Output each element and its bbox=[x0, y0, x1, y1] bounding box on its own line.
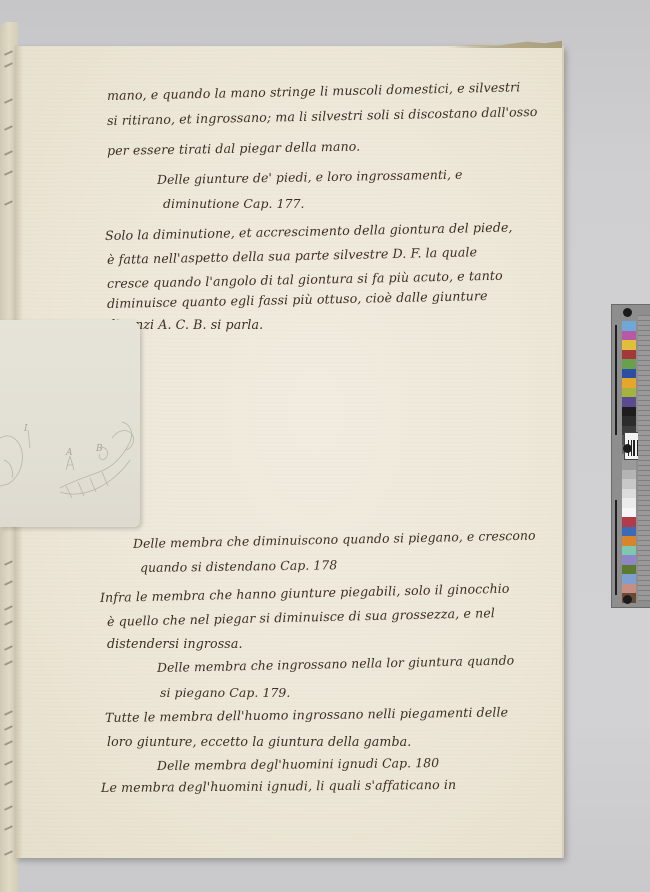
color-swatch bbox=[622, 536, 636, 546]
target-ruler bbox=[615, 500, 617, 595]
color-swatch bbox=[622, 321, 636, 331]
text-line: diminuisce quanto egli fassi più ottuso,… bbox=[107, 288, 488, 311]
color-swatch bbox=[622, 546, 636, 556]
chapter-heading-177-cont: diminutione Cap. 177. bbox=[163, 196, 305, 211]
foot-bones-sketch bbox=[0, 320, 140, 527]
color-swatch bbox=[622, 574, 636, 584]
target-hole-bottom bbox=[623, 595, 632, 604]
target-label-column bbox=[638, 315, 650, 601]
text-line: Le membra degl'huomini ignudi, li quali … bbox=[101, 777, 456, 795]
color-swatch bbox=[622, 517, 636, 527]
color-swatch bbox=[622, 369, 636, 379]
color-swatch bbox=[622, 527, 636, 537]
color-swatch bbox=[622, 508, 636, 518]
text-line: cresce quando l'angolo di tal giontura s… bbox=[107, 268, 503, 291]
color-swatch bbox=[622, 397, 636, 407]
sketch-label: B bbox=[96, 444, 103, 454]
text-line: loro giunture, eccetto la giuntura della… bbox=[107, 734, 411, 749]
color-swatch bbox=[622, 378, 636, 388]
text-line: è quello che nel piegar si diminuisce di… bbox=[107, 605, 495, 629]
swatch-column-bottom bbox=[622, 460, 636, 603]
chapter-heading-179: Delle membra che ingrossano nella lor gi… bbox=[157, 653, 515, 675]
color-swatch bbox=[622, 340, 636, 350]
color-swatch bbox=[622, 359, 636, 369]
chapter-heading-177: Delle giunture de' piedi, e loro ingross… bbox=[157, 167, 463, 187]
color-swatch bbox=[622, 416, 636, 426]
target-ruler bbox=[615, 325, 617, 435]
sketch-label: A bbox=[66, 448, 73, 458]
chapter-heading-179-cont: si piegano Cap. 179. bbox=[160, 685, 290, 700]
target-hole-top bbox=[623, 308, 632, 317]
text-line: si ritirano, et ingrossano; ma li silves… bbox=[107, 104, 538, 128]
color-swatch bbox=[622, 555, 636, 565]
color-swatch bbox=[622, 565, 636, 575]
color-swatch bbox=[622, 407, 636, 417]
text-line: Infra le membra che hanno giunture piega… bbox=[100, 581, 510, 605]
color-swatch bbox=[622, 388, 636, 398]
sketch-label: I bbox=[24, 424, 28, 434]
text-line: mano, e quando la mano stringe li muscol… bbox=[107, 79, 521, 103]
chapter-heading-180: Delle membra degl'huomini ignudi Cap. 18… bbox=[157, 755, 439, 773]
text-line: per essere tirati dal piegar della mano. bbox=[107, 139, 361, 158]
color-swatch bbox=[622, 460, 636, 470]
color-swatch bbox=[622, 584, 636, 594]
color-calibration-target bbox=[611, 304, 650, 608]
color-swatch bbox=[622, 350, 636, 360]
text-line: Tutte le membra dell'huomo ingrossano ne… bbox=[105, 704, 508, 725]
text-line: è fatta nell'aspetto della sua parte sil… bbox=[107, 244, 477, 267]
chapter-heading-178-cont: quando si distendano Cap. 178 bbox=[140, 557, 338, 575]
target-hole-middle bbox=[623, 444, 632, 453]
color-swatch bbox=[622, 470, 636, 480]
chapter-heading-178: Delle membra che diminuiscono quando si … bbox=[133, 528, 536, 551]
color-swatch bbox=[622, 498, 636, 508]
color-swatch bbox=[622, 331, 636, 341]
manuscript-scan: mano, e quando la mano stringe li muscol… bbox=[0, 0, 650, 892]
color-swatch bbox=[622, 479, 636, 489]
text-line: distendersi ingrossa. bbox=[107, 636, 243, 651]
text-line: Solo la diminutione, et accrescimento de… bbox=[105, 219, 513, 243]
color-swatch bbox=[622, 489, 636, 499]
folded-paper-flap: ABI bbox=[0, 320, 140, 527]
